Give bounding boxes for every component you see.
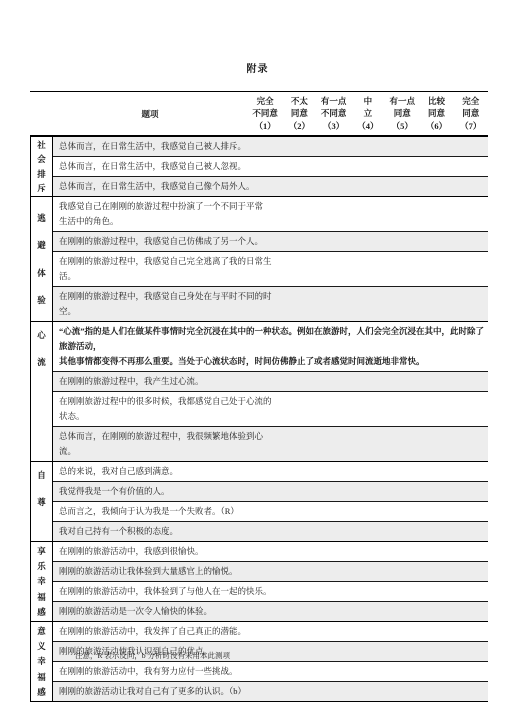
question-text: 在刚刚的旅游活动中，我发挥了自己真正的潜能。 — [53, 622, 277, 641]
section-hedonic-wellbeing: 享乐幸福感 在刚刚的旅游活动中，我感到很愉快。 刚刚的旅游活动让我体验到大量感官… — [30, 541, 488, 621]
scale-header-7: 完全 同意 （7） — [454, 95, 488, 133]
question-row: 在刚刚的旅游过程中，我感觉自己身处在与平时不同的时 空。 — [53, 286, 488, 321]
question-text: 在刚刚的旅游过程中，我感觉自己仿佛成了另一个人。 — [53, 232, 277, 251]
scale-header-6: 比较 同意 （6） — [419, 95, 453, 133]
question-text: 在刚刚的旅游过程中，我产生过心流。 — [53, 372, 277, 391]
scale-header-5: 有一点 同意 （5） — [385, 95, 419, 133]
question-row: 在刚刚的旅游活动中，我体验到了与他人在一起的快乐。 — [53, 581, 488, 601]
section-social-exclusion: 社会排斥 总体而言，在日常生活中，我感觉自己被人排斥。 总体而言，在日常生活中，… — [30, 137, 488, 196]
question-row: 我对自己持有一个积极的态度。 — [53, 521, 488, 541]
questionnaire-table: 题项 完全 不同意 （1） 不太 同意 （2） 有一点 不同意 （3） 中 立 … — [30, 91, 488, 702]
table-header-row: 题项 完全 不同意 （1） 不太 同意 （2） 有一点 不同意 （3） 中 立 … — [30, 92, 488, 137]
question-row: 总体而言，在日常生活中，我感觉自己像个局外人。 — [53, 176, 488, 196]
question-text: 在刚刚的旅游过程中，我感觉自己身处在与平时不同的时 空。 — [53, 287, 277, 321]
question-text: 总体而言，在日常生活中，我感觉自己被人排斥。 — [53, 137, 277, 156]
question-text: 刚刚的旅游活动是一次令人愉快的体验。 — [53, 602, 277, 621]
question-row: 在刚刚的旅游过程中，我感觉自己完全逃离了我的日常生 活。 — [53, 251, 488, 286]
scale-header-3: 有一点 不同意 （3） — [317, 95, 351, 133]
section-escape-experience: 逃避体验 我感觉自己在刚刚的旅游过程中扮演了一个不同于平常 生活中的角色。 在刚… — [30, 196, 488, 321]
section-flow: 心流 “心流”指的是人们在做某件事情时完全沉浸在其中的一种状态。例如在旅游时，人… — [30, 321, 488, 461]
question-text: 我感觉自己在刚刚的旅游过程中扮演了一个不同于平常 生活中的角色。 — [53, 197, 277, 231]
question-text: 在刚刚的旅游活动中，我感到很愉快。 — [53, 542, 277, 561]
question-row: 我感觉自己在刚刚的旅游过程中扮演了一个不同于平常 生活中的角色。 — [53, 197, 488, 231]
question-row: 总体而言，在日常生活中，我感觉自己被人排斥。 — [53, 137, 488, 156]
question-row: 在刚刚的旅游过程中，我产生过心流。 — [53, 371, 488, 391]
question-row: 总的来说，我对自己感到满意。 — [53, 462, 488, 481]
question-row: 刚刚的旅游活动让我对自己有了更多的认识。（b） — [53, 681, 488, 701]
footnote: 注意，R 表示反向，b 分析时没有采用本此测项 — [75, 650, 230, 661]
question-row: 刚刚的旅游活动是一次令人愉快的体验。 — [53, 601, 488, 621]
question-text: 在刚刚的旅游活动中，我有努力应付一些挑战。 — [53, 662, 277, 681]
question-text: 总而言之，我倾向于认为我是一个失败者。（R） — [53, 502, 277, 521]
question-text: 刚刚的旅游活动让我对自己有了更多的认识。（b） — [53, 682, 277, 701]
flow-definition-row: “心流”指的是人们在做某件事情时完全沉浸在其中的一种状态。例如在旅游时，人们会完… — [53, 322, 488, 371]
section-label: 享乐幸福感 — [30, 542, 53, 621]
question-row: 总体而言，在刚刚的旅游过程中，我很频繁地体验到心流。 — [53, 426, 488, 461]
question-row: 在刚刚的旅游活动中，我发挥了自己真正的潜能。 — [53, 622, 488, 641]
scale-header-4: 中 立 （4） — [351, 95, 385, 133]
page-title: 附录 — [0, 0, 515, 75]
question-text: 总的来说，我对自己感到满意。 — [53, 462, 277, 481]
section-label: 心流 — [30, 322, 53, 461]
section-self-esteem: 自尊 总的来说，我对自己感到满意。 我觉得我是一个有价值的人。 总而言之，我倾向… — [30, 461, 488, 541]
appendix-page: 附录 题项 完全 不同意 （1） 不太 同意 （2） 有一点 不同意 （3） 中… — [0, 0, 515, 725]
flow-definition-text: “心流”指的是人们在做某件事情时完全沉浸在其中的一种状态。例如在旅游时，人们会完… — [53, 322, 488, 371]
section-label: 意义幸福感 — [30, 622, 53, 701]
item-column-header: 题项 — [52, 108, 248, 120]
question-row: 总而言之，我倾向于认为我是一个失败者。（R） — [53, 501, 488, 521]
question-text: 刚刚的旅游活动让我体验到大量感官上的愉悦。 — [53, 562, 277, 581]
question-text: 在刚刚旅游过程中的很多时候，我都感觉自己处于心流的 状态。 — [53, 392, 277, 426]
section-label: 社会排斥 — [30, 137, 53, 196]
section-eudaimonic-wellbeing: 意义幸福感 在刚刚的旅游活动中，我发挥了自己真正的潜能。 刚刚的旅游活动使我认识… — [30, 621, 488, 701]
question-row: 刚刚的旅游活动让我体验到大量感官上的愉悦。 — [53, 561, 488, 581]
question-text: 我觉得我是一个有价值的人。 — [53, 482, 277, 501]
question-text: 我对自己持有一个积极的态度。 — [53, 522, 277, 541]
question-row: 我觉得我是一个有价值的人。 — [53, 481, 488, 501]
question-text: 在刚刚的旅游过程中，我感觉自己完全逃离了我的日常生 活。 — [53, 252, 277, 286]
question-row: 在刚刚的旅游活动中，我感到很愉快。 — [53, 542, 488, 561]
question-text: 在刚刚的旅游活动中，我体验到了与他人在一起的快乐。 — [53, 582, 277, 601]
scale-header-1: 完全 不同意 （1） — [248, 95, 282, 133]
question-row: 在刚刚的旅游过程中，我感觉自己仿佛成了另一个人。 — [53, 231, 488, 251]
section-label: 自尊 — [30, 462, 53, 541]
question-row: 在刚刚旅游过程中的很多时候，我都感觉自己处于心流的 状态。 — [53, 391, 488, 426]
section-label: 逃避体验 — [30, 197, 53, 321]
question-text: 总体而言，在刚刚的旅游过程中，我很频繁地体验到心流。 — [53, 427, 277, 461]
question-row: 在刚刚的旅游活动中，我有努力应付一些挑战。 — [53, 661, 488, 681]
question-row: 总体而言，在日常生活中，我感觉自己被人忽视。 — [53, 156, 488, 176]
question-text: 总体而言，在日常生活中，我感觉自己被人忽视。 — [53, 157, 277, 176]
question-text: 总体而言，在日常生活中，我感觉自己像个局外人。 — [53, 177, 277, 196]
scale-header-2: 不太 同意 （2） — [282, 95, 316, 133]
